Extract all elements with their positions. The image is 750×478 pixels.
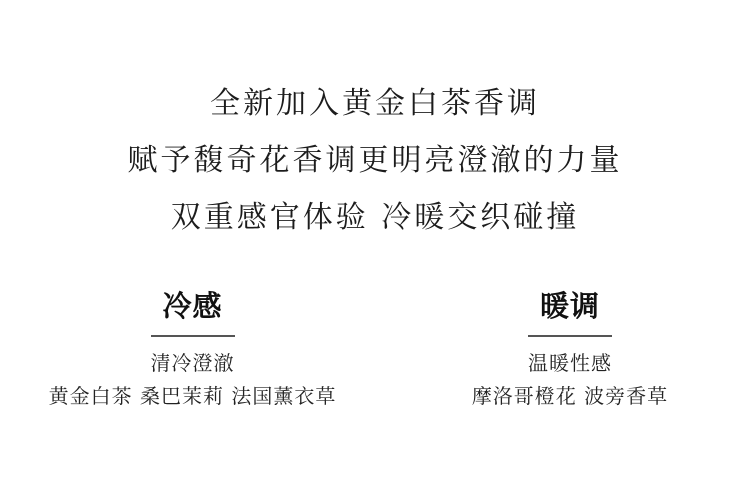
headline-line-1: 全新加入黄金白茶香调 (0, 78, 750, 122)
warm-subtitle: 温暖性感 (425, 347, 715, 376)
cool-divider (151, 335, 235, 337)
cool-title: 冷感 (20, 284, 365, 325)
headline-line-3: 双重感官体验 冷暖交织碰撞 (0, 192, 750, 236)
cool-subtitle: 清冷澄澈 (20, 347, 365, 376)
warm-divider (528, 335, 612, 337)
warm-notes: 摩洛哥橙花 波旁香草 (425, 380, 715, 409)
warm-title: 暖调 (425, 284, 715, 325)
cool-notes: 黄金白茶 桑巴茉莉 法国薰衣草 (20, 380, 365, 409)
headline-line-2: 赋予馥奇花香调更明亮澄澈的力量 (0, 135, 750, 179)
warm-column: 暖调 温暖性感 摩洛哥橙花 波旁香草 (425, 284, 715, 409)
cool-column: 冷感 清冷澄澈 黄金白茶 桑巴茉莉 法国薰衣草 (20, 284, 365, 409)
